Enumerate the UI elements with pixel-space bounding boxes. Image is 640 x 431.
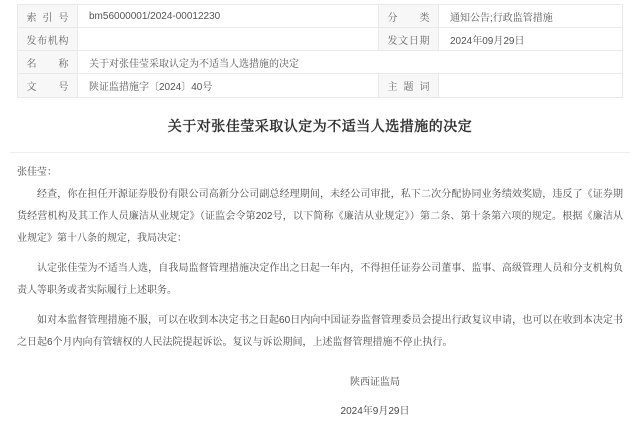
paragraph-appeal-rights: 如对本监督管理措施不服，可以在收到本决定书之日起60日内向中国证券监督管理委员会… [17, 310, 623, 354]
page-title: 关于对张佳莹采取认定为不适当人选措施的决定 [0, 116, 640, 136]
paragraph-decision: 认定张佳莹为不适当人选，自我局监督管理措施决定作出之日起一年内，不得担任证券公司… [17, 258, 623, 302]
issuing-agency-label: 发布机构 [18, 28, 78, 51]
index-number-label: 索引号 [18, 5, 78, 28]
document-page: 索引号 bm56000001/2024-00012230 分类 通知公告;行政监… [0, 0, 640, 431]
signature-authority: 陕西证监局 [255, 372, 495, 394]
meta-info-table: 索引号 bm56000001/2024-00012230 分类 通知公告;行政监… [17, 4, 623, 98]
signature-date: 2024年9月29日 [255, 401, 495, 423]
issue-date-value: 2024年09月29日 [439, 28, 622, 51]
document-body: 张佳莹： 经查，你在担任开源证券股份有限公司高新分公司副总经理期间，未经公司审批… [17, 162, 623, 362]
signature-block: 陕西证监局 2024年9月29日 [255, 372, 495, 423]
name-value: 关于对张佳莹采取认定为不适当人选措施的决定 [78, 51, 622, 74]
doc-number-value: 陕证监措施字〔2024〕40号 [78, 74, 379, 97]
index-number-value: bm56000001/2024-00012230 [78, 5, 379, 28]
salutation: 张佳莹： [17, 162, 623, 184]
subject-words-value [439, 74, 622, 97]
name-label: 名称 [18, 51, 78, 74]
paragraph-findings: 经查，你在担任开源证券股份有限公司高新分公司副总经理期间，未经公司审批，私下二次… [17, 184, 623, 250]
issuing-agency-value [78, 28, 379, 51]
subject-words-label: 主题词 [379, 74, 439, 97]
category-label: 分类 [379, 5, 439, 28]
doc-number-label: 文号 [18, 74, 78, 97]
title-divider [10, 152, 630, 153]
category-value: 通知公告;行政监管措施 [439, 5, 622, 28]
issue-date-label: 发文日期 [379, 28, 439, 51]
